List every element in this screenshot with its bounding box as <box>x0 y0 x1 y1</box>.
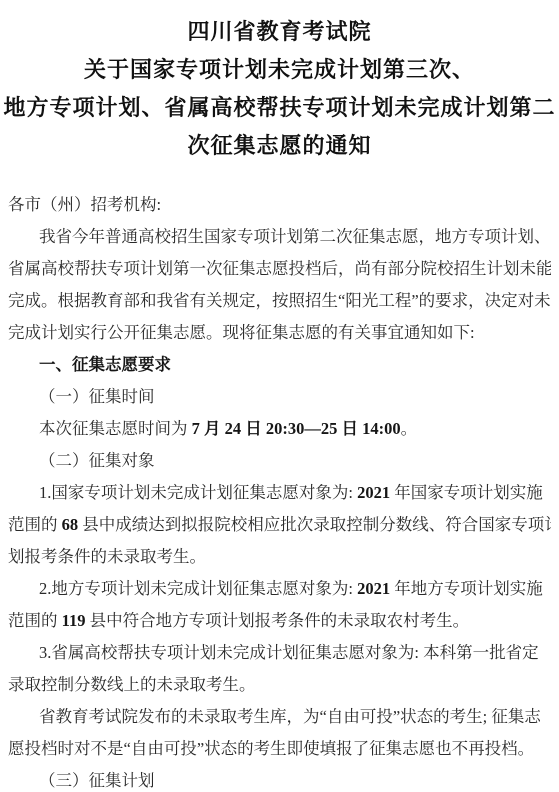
document-page: 四川省教育考试院 关于国家专项计划未完成计划第三次、 地方专项计划、省属高校帮扶… <box>0 0 559 792</box>
body-line: 划报考条件的未录取考生。 <box>8 541 551 573</box>
text-segment: 1.国家专项计划未完成计划征集志愿对象为: <box>39 483 357 502</box>
body-line: 一、征集志愿要求 <box>8 349 551 381</box>
body-line: 愿投档时对不是“自由可投”状态的考生即使填报了征集志愿也不再投档。 <box>8 733 551 765</box>
text-segment: （三）征集计划 <box>39 771 155 790</box>
title-line: 地方专项计划、省属高校帮扶专项计划未完成计划第二 <box>0 89 559 127</box>
body-line: 本次征集志愿时间为 7 月 24 日 20:30—25 日 14:00。 <box>8 413 551 445</box>
text-segment: 我省今年普通高校招生国家专项计划第二次征集志愿，地方专项计划、 <box>39 227 551 246</box>
body-line: （三）征集计划 <box>8 765 551 792</box>
text-segment: 完成。根据教育部和我省有关规定，按照招生“阳光工程”的要求，决定对未 <box>8 291 551 310</box>
body-line: 范围的 68 县中成绩达到拟报院校相应批次录取控制分数线、符合国家专项计 <box>8 509 551 541</box>
body-line: 完成。根据教育部和我省有关规定，按照招生“阳光工程”的要求，决定对未 <box>8 285 551 317</box>
body-line: 省教育考试院发布的未录取考生库，为“自由可投”状态的考生; 征集志 <box>8 701 551 733</box>
text-segment: 县中成绩达到拟报院校相应批次录取控制分数线、符合国家专项计 <box>78 515 551 534</box>
text-segment: 完成计划实行公开征集志愿。现将征集志愿的有关事宜通知如下: <box>8 323 475 342</box>
text-segment: （二）征集对象 <box>39 451 155 470</box>
text-segment: 。 <box>401 419 418 438</box>
body-line: 3.省属高校帮扶专项计划未完成计划征集志愿对象为: 本科第一批省定 <box>8 637 551 669</box>
text-segment: 各市（州）招考机构: <box>8 195 161 214</box>
bold-text-segment: 7 月 24 日 20:30—25 日 14:00 <box>192 419 401 438</box>
body-line: 2.地方专项计划未完成计划征集志愿对象为: 2021 年地方专项计划实施 <box>8 573 551 605</box>
text-segment: 2.地方专项计划未完成计划征集志愿对象为: <box>39 579 357 598</box>
text-segment: 划报考条件的未录取考生。 <box>8 547 206 566</box>
bold-text-segment: 2021 <box>357 483 390 502</box>
body-line: 范围的 119 县中符合地方专项计划报考条件的未录取农村考生。 <box>8 605 551 637</box>
text-segment: 本次征集志愿时间为 <box>39 419 192 438</box>
body-line: 完成计划实行公开征集志愿。现将征集志愿的有关事宜通知如下: <box>8 317 551 349</box>
text-segment: 省教育考试院发布的未录取考生库，为“自由可投”状态的考生; 征集志 <box>39 707 541 726</box>
text-segment: 范围的 <box>8 611 62 630</box>
text-segment: （一）征集时间 <box>39 387 155 406</box>
bold-text-segment: 2021 <box>357 579 390 598</box>
text-segment: 范围的 <box>8 515 62 534</box>
text-segment: 愿投档时对不是“自由可投”状态的考生即使填报了征集志愿也不再投档。 <box>8 739 534 758</box>
bold-text-segment: 一、征集志愿要求 <box>39 355 171 374</box>
body-line: 省属高校帮扶专项计划第一次征集志愿投档后，尚有部分院校招生计划未能 <box>8 253 551 285</box>
text-segment: 县中符合地方专项计划报考条件的未录取农村考生。 <box>85 611 469 630</box>
body-line: 1.国家专项计划未完成计划征集志愿对象为: 2021 年国家专项计划实施 <box>8 477 551 509</box>
title-line: 关于国家专项计划未完成计划第三次、 <box>0 51 559 89</box>
title-line: 四川省教育考试院 <box>0 13 559 51</box>
title-line: 次征集志愿的通知 <box>0 127 559 165</box>
text-segment: 年地方专项计划实施 <box>390 579 543 598</box>
text-segment: 省属高校帮扶专项计划第一次征集志愿投档后，尚有部分院校招生计划未能 <box>8 259 551 278</box>
document-body: 各市（州）招考机构:我省今年普通高校招生国家专项计划第二次征集志愿，地方专项计划… <box>0 189 559 792</box>
document-title: 四川省教育考试院 关于国家专项计划未完成计划第三次、 地方专项计划、省属高校帮扶… <box>0 0 559 165</box>
text-segment: 3.省属高校帮扶专项计划未完成计划征集志愿对象为: 本科第一批省定 <box>39 643 539 662</box>
body-line: 录取控制分数线上的未录取考生。 <box>8 669 551 701</box>
bold-text-segment: 68 <box>62 515 79 534</box>
text-segment: 录取控制分数线上的未录取考生。 <box>8 675 256 694</box>
text-segment: 年国家专项计划实施 <box>390 483 543 502</box>
body-line: （一）征集时间 <box>8 381 551 413</box>
body-line: （二）征集对象 <box>8 445 551 477</box>
body-line: 各市（州）招考机构: <box>8 189 551 221</box>
bold-text-segment: 119 <box>62 611 86 630</box>
body-line: 我省今年普通高校招生国家专项计划第二次征集志愿，地方专项计划、 <box>8 221 551 253</box>
